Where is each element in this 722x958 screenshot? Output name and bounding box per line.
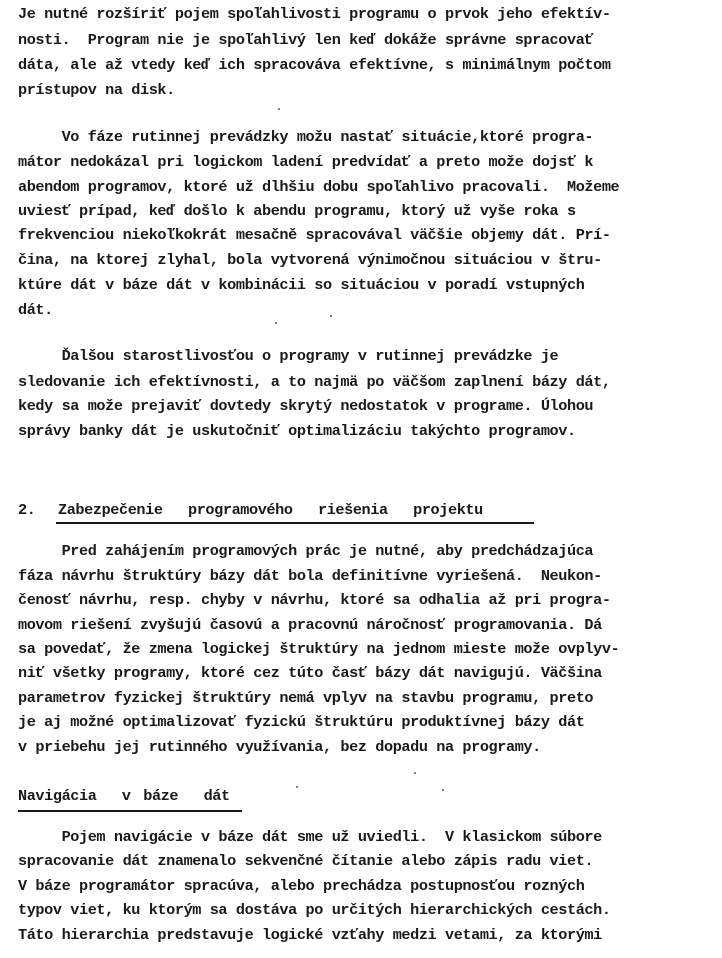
text-line: sa povedať, že zmena logickej štruktúry …: [18, 639, 619, 659]
text-line: typov viet, ku ktorým sa dostáva po urči…: [18, 900, 611, 920]
text-line: v priebehu jej rutinného využívania, bez…: [18, 737, 541, 757]
text-line: Táto hierarchia predstavuje logické vzťa…: [18, 925, 602, 945]
text-line: ktúre dát v báze dát v kombinácii so sit…: [18, 275, 584, 295]
text-line: nosti. Program nie je spoľahlivý len keď…: [18, 30, 593, 50]
section-number: 2.: [18, 500, 35, 520]
text-line: Pred zahájením programových prác je nutn…: [18, 541, 593, 561]
text-line: dáta, ale až vtedy keď ich spracováva ef…: [18, 55, 611, 75]
text-line: frekvenciou niekoľkokrát mesačně spracov…: [18, 225, 611, 245]
text-line: čenosť návrhu, resp. chyby v návrhu, kto…: [18, 590, 611, 610]
text-line: niť všetky programy, ktoré cez túto časť…: [18, 663, 602, 683]
document-page: Je nutné rozšíriť pojem spoľahlivosti pr…: [0, 0, 722, 958]
scan-speck: [330, 315, 332, 317]
text-line: čina, na ktorej zlyhal, bola vytvorená v…: [18, 250, 602, 270]
text-line: uviesť prípad, keď došlo k abendu progra…: [18, 201, 576, 221]
text-line: Pojem navigácie v báze dát sme už uviedl…: [18, 827, 602, 847]
text-line: kedy sa može prejaviť dovtedy skrytý ned…: [18, 396, 593, 416]
scan-speck: [278, 108, 280, 110]
text-line: fáza návrhu štruktúry bázy dát bola defi…: [18, 566, 602, 586]
text-line: V báze programátor spracúva, alebo prech…: [18, 876, 584, 896]
text-line: parametrov fyzickej štruktúry nemá vplyv…: [18, 688, 593, 708]
scan-speck: [414, 772, 416, 774]
heading-underline: [56, 522, 534, 524]
text-line: prístupov na disk.: [18, 80, 175, 100]
scan-speck: [296, 786, 298, 788]
scan-speck: [275, 322, 277, 324]
text-line: správy banky dát je uskutočniť optimaliz…: [18, 421, 576, 441]
text-line: mátor nedokázal pri logickom ladení pred…: [18, 152, 593, 172]
text-line: Je nutné rozšíriť pojem spoľahlivosti pr…: [18, 4, 611, 24]
text-line: Ďalšou starostlivosťou o programy v ruti…: [18, 346, 558, 366]
text-line: movom riešení zvyšujú časovú a pracovnú …: [18, 615, 602, 635]
heading-underline: [18, 810, 242, 812]
text-line: sledovanie ich efektívnosti, a to najmä …: [18, 372, 611, 392]
text-line: dát.: [18, 300, 53, 320]
text-line: abendom programov, ktoré už dlhšiu dobu …: [18, 177, 619, 197]
text-line: je aj možné optimalizovať fyzickú štrukt…: [18, 712, 584, 732]
text-line: Vo fáze rutinnej prevádzky možu nastať s…: [18, 127, 593, 147]
scan-speck: [442, 789, 444, 791]
text-line: spracovanie dát znamenalo sekvenčné číta…: [18, 851, 593, 871]
section-title: Zabezpečenie programového riešenia proje…: [58, 500, 483, 520]
navigation-title: Navigácia v báze dát: [18, 786, 230, 806]
